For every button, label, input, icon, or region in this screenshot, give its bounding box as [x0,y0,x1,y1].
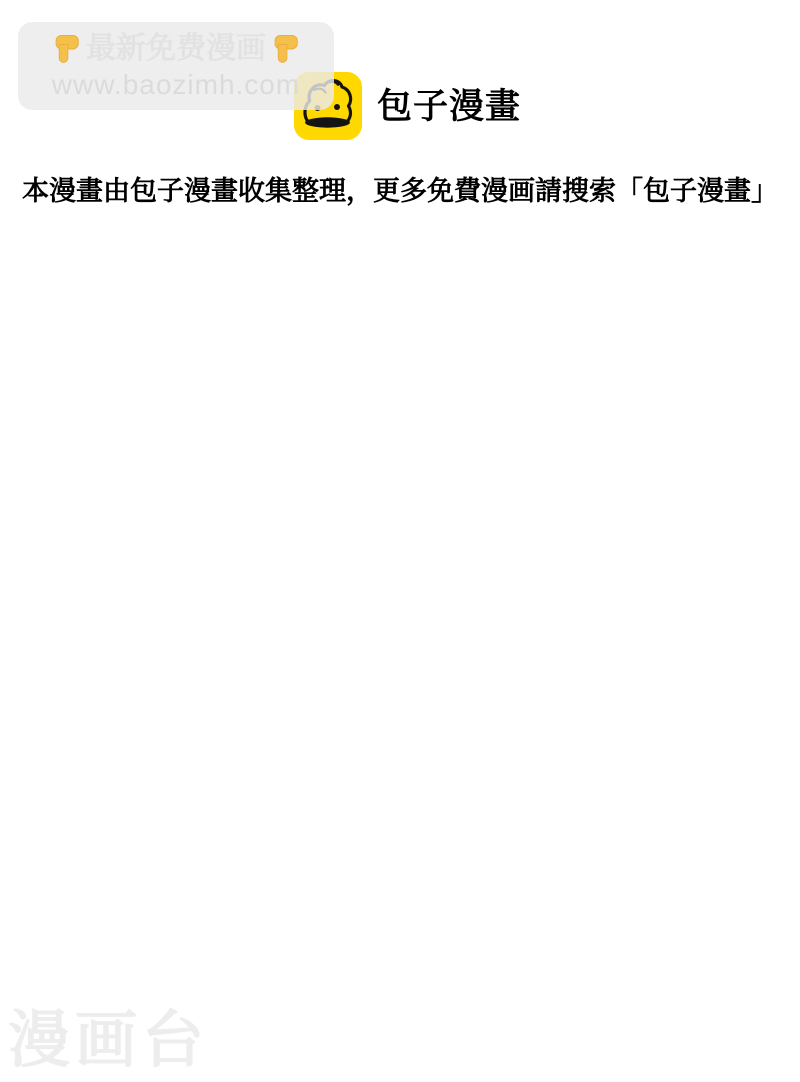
watermark-headline-row: 最新免费漫画 [52,33,300,65]
manhuatai-watermark: 漫画台 [8,1008,209,1073]
page: { "watermark_top": { "headline": "最新免费漫画… [0,0,800,1082]
finger-pointing-down-icon [271,33,300,65]
site-watermark-box: 最新免费漫画 www.baozimh.com [18,22,334,110]
watermark-headline: 最新免费漫画 [86,34,266,64]
finger-pointing-down-icon [52,33,81,65]
watermark-site-url: www.baozimh.com [52,71,300,99]
copyright-notice: 本漫畫由包子漫畫收集整理，更多免費漫画請搜索「包子漫畫」 [0,176,800,207]
app-name-title: 包子漫畫 [377,89,521,124]
